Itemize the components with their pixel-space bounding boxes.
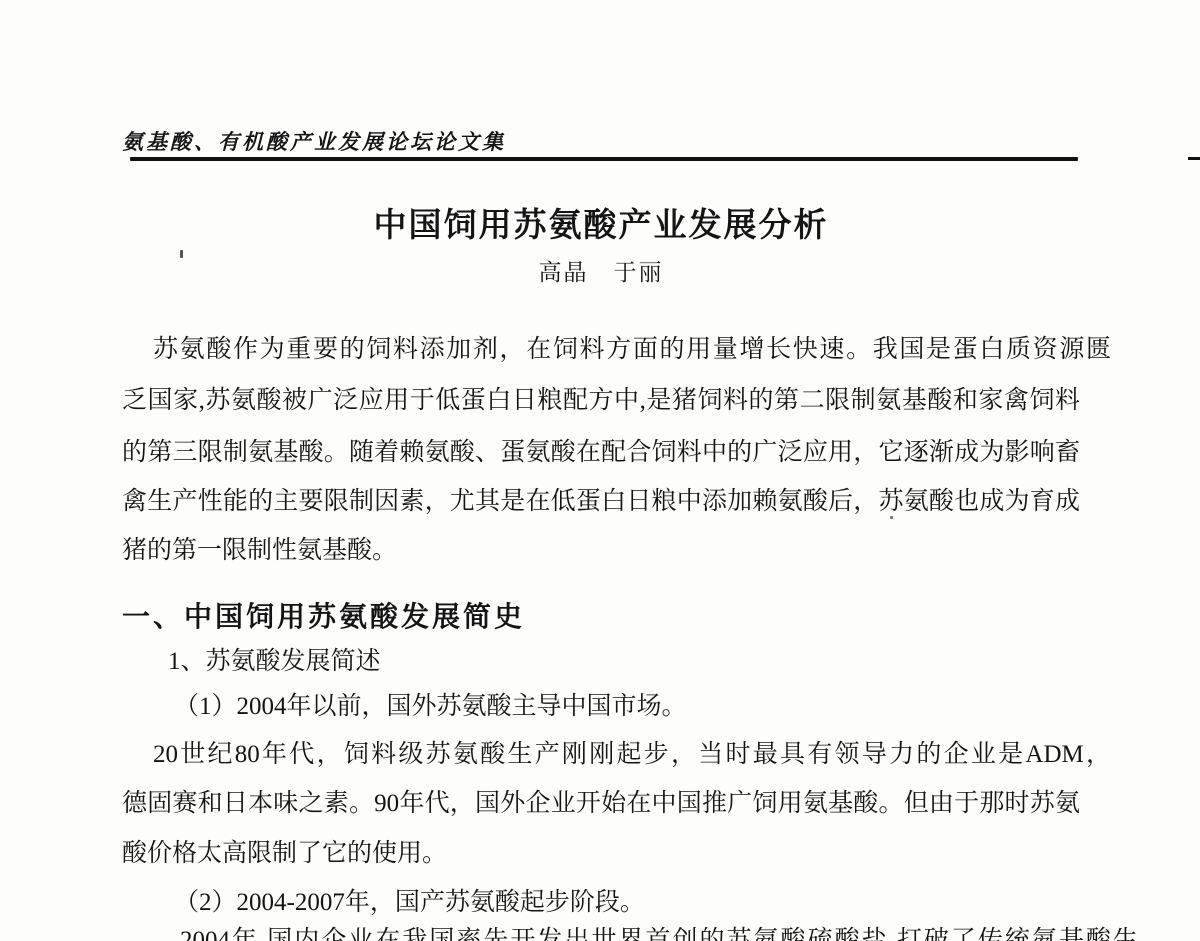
scanned-paper-page: 氨基酸、有机酸产业发展论坛论文集 中国饲用苏氨酸产业发展分析 高晶 于丽 苏氨酸… [0,0,1200,941]
list-item: （2）2004-2007年，国产苏氨酸起步阶段。 [122,887,1132,920]
clipped-bottom-line: 2004年,国内企业在我国率先开发出世界首创的苏氨酸硫酸盐,打破了传统氨基酸生 [122,925,1138,941]
paragraph-line: 酸价格太高限制了它的使用。 [122,838,1080,871]
section-heading: 一、中国饲用苏氨酸发展简史 [122,595,1080,635]
paragraph-line: 苏氨酸作为重要的饲料添加剂，在饲料方面的用量增长快速。我国是蛋白质资源匮 [122,334,1111,367]
header-rule-edge-mark [1188,157,1200,160]
authors-line: 高晶 于丽 [122,254,1080,287]
paragraph-line: 猪的第一限制性氨基酸。 [122,535,1080,568]
paragraph-line: 德固赛和日本味之素。90年代，国外企业开始在中国推广饲用氨基酸。但由于那时苏氨 [122,788,1080,821]
paragraph-line: 禽生产性能的主要限制因素，尤其是在低蛋白日粮中添加赖氨酸后，苏氨酸也成为育成 [122,486,1080,519]
header-rule [130,157,1078,161]
paragraph-line: 乏国家,苏氨酸被广泛应用于低蛋白日粮配方中,是猪饲料的第二限制氨基酸和家禽饲料 [122,385,1080,418]
running-header: 氨基酸、有机酸产业发展论坛论文集 [122,126,1080,156]
paragraph-line: 20世纪80年代，饲料级苏氨酸生产刚刚起步，当时最具有领导力的企业是ADM， [122,739,1111,772]
page-title: 中国饲用苏氨酸产业发展分析 [122,199,1080,246]
subsection-heading: 1、苏氨酸发展简述 [122,646,1126,679]
list-item: （1）2004年以前，国外苏氨酸主导中国市场。 [122,691,1132,724]
paragraph-line: 的第三限制氨基酸。随着赖氨酸、蛋氨酸在配合饲料中的广泛应用，它逐渐成为影响畜 [122,437,1080,470]
